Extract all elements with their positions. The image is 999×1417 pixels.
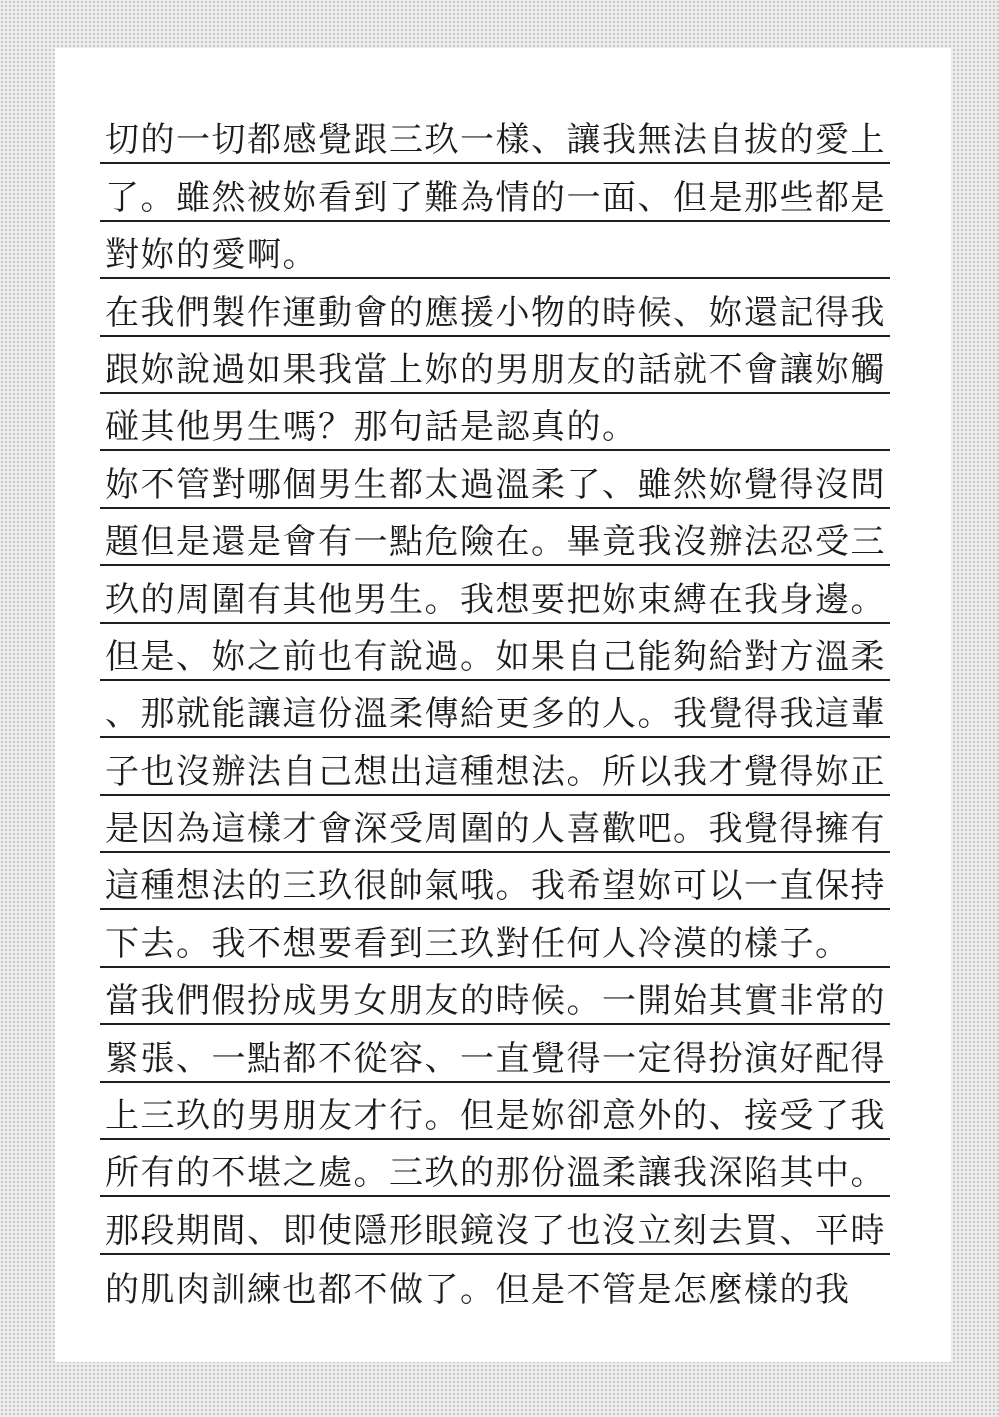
letter-line-text: 上三玖的男朋友才行。但是妳卻意外的、接受了我 — [100, 1099, 886, 1138]
letter-line-text: 了。雖然被妳看到了難為情的一面、但是那些都是 — [100, 181, 886, 220]
letter-line-text: 玖的周圍有其他男生。我想要把妳束縛在我身邊。 — [100, 583, 886, 622]
letter-line: 當我們假扮成男女朋友的時候。一開始其實非常的 — [100, 968, 890, 1025]
letter-line-text: 是因為這樣才會深受周圍的人喜歡吧。我覺得擁有 — [100, 812, 886, 851]
letter-line-text: 子也沒辦法自己想出這種想法。所以我才覺得妳正 — [100, 755, 886, 794]
letter-line-text: 對妳的愛啊。 — [100, 238, 318, 277]
letter-line-text: 碰其他男生嗎？那句話是認真的。 — [100, 410, 638, 449]
letter-line-text: 那段期間、即使隱形眼鏡沒了也沒立刻去買、平時 — [100, 1214, 886, 1253]
letter-line: 跟妳說過如果我當上妳的男朋友的話就不會讓妳觸 — [100, 337, 890, 394]
letter-line-text: 但是、妳之前也有說過。如果自己能夠給對方溫柔 — [100, 640, 886, 679]
letter-body: 切的一切都感覺跟三玖一樣、讓我無法自拔的愛上 了。雖然被妳看到了難為情的一面、但… — [100, 107, 890, 1312]
letter-line: 是因為這樣才會深受周圍的人喜歡吧。我覺得擁有 — [100, 796, 890, 853]
letter-line-text: 下去。我不想要看到三玖對任何人冷漠的樣子。 — [100, 927, 851, 966]
letter-line: 所有的不堪之處。三玖的那份溫柔讓我深陷其中。 — [100, 1140, 890, 1197]
letter-line-text: 跟妳說過如果我當上妳的男朋友的話就不會讓妳觸 — [100, 353, 886, 392]
letter-line: 、那就能讓這份溫柔傳給更多的人。我覺得我這輩 — [100, 681, 890, 738]
letter-paper: 切的一切都感覺跟三玖一樣、讓我無法自拔的愛上 了。雖然被妳看到了難為情的一面、但… — [55, 48, 951, 1362]
letter-line-text: 的肌肉訓練也都不做了。但是不管是怎麼樣的我 — [100, 1273, 851, 1312]
letter-line-text: 、那就能讓這份溫柔傳給更多的人。我覺得我這輩 — [100, 697, 886, 736]
letter-line: 題但是還是會有一點危險在。畢竟我沒辦法忍受三 — [100, 509, 890, 566]
letter-line: 上三玖的男朋友才行。但是妳卻意外的、接受了我 — [100, 1083, 890, 1140]
letter-line: 但是、妳之前也有說過。如果自己能夠給對方溫柔 — [100, 624, 890, 681]
letter-line-text: 所有的不堪之處。三玖的那份溫柔讓我深陷其中。 — [100, 1156, 886, 1195]
letter-line: 緊張、一點都不從容、一直覺得一定得扮演好配得 — [100, 1025, 890, 1082]
letter-line: 子也沒辦法自己想出這種想法。所以我才覺得妳正 — [100, 738, 890, 795]
letter-line-text: 這種想法的三玖很帥氣哦。我希望妳可以一直保持 — [100, 869, 886, 908]
letter-line: 碰其他男生嗎？那句話是認真的。 — [100, 394, 890, 451]
letter-line: 下去。我不想要看到三玖對任何人冷漠的樣子。 — [100, 910, 890, 967]
letter-line: 了。雖然被妳看到了難為情的一面、但是那些都是 — [100, 164, 890, 221]
letter-line: 那段期間、即使隱形眼鏡沒了也沒立刻去買、平時 — [100, 1197, 890, 1254]
letter-line-text: 題但是還是會有一點危險在。畢竟我沒辦法忍受三 — [100, 525, 886, 564]
letter-line: 妳不管對哪個男生都太過溫柔了、雖然妳覺得沒問 — [100, 451, 890, 508]
letter-line-text: 妳不管對哪個男生都太過溫柔了、雖然妳覺得沒問 — [100, 468, 886, 507]
letter-line-text: 緊張、一點都不從容、一直覺得一定得扮演好配得 — [100, 1042, 886, 1081]
letter-line: 對妳的愛啊。 — [100, 222, 890, 279]
letter-line: 這種想法的三玖很帥氣哦。我希望妳可以一直保持 — [100, 853, 890, 910]
letter-line: 玖的周圍有其他男生。我想要把妳束縛在我身邊。 — [100, 566, 890, 623]
letter-line-text: 當我們假扮成男女朋友的時候。一開始其實非常的 — [100, 984, 886, 1023]
letter-line-text: 在我們製作運動會的應援小物的時候、妳還記得我 — [100, 296, 886, 335]
letter-line: 切的一切都感覺跟三玖一樣、讓我無法自拔的愛上 — [100, 107, 890, 164]
letter-line: 的肌肉訓練也都不做了。但是不管是怎麼樣的我 — [100, 1255, 890, 1312]
letter-line: 在我們製作運動會的應援小物的時候、妳還記得我 — [100, 279, 890, 336]
letter-line-text: 切的一切都感覺跟三玖一樣、讓我無法自拔的愛上 — [100, 123, 886, 162]
